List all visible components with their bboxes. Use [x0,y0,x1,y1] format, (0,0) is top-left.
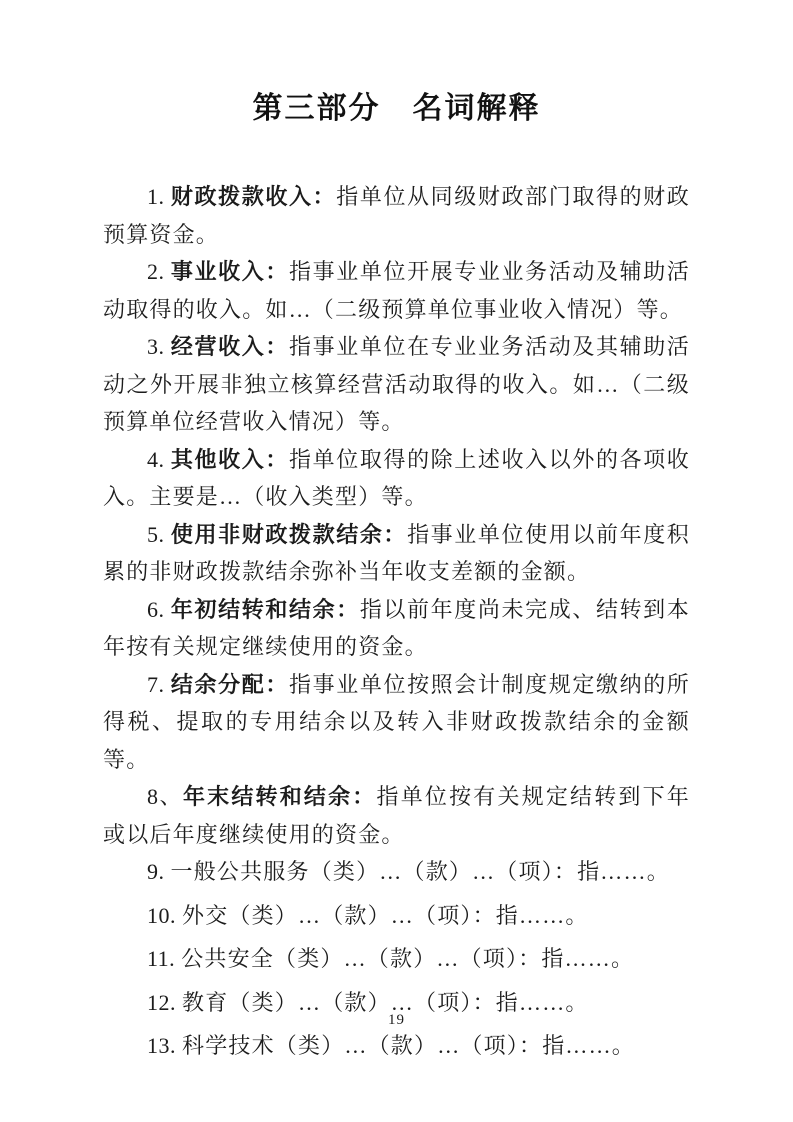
term-number: 8、 [147,784,183,809]
term-item: 3. 经营收入：指事业单位在专业业务活动及其辅助活动之外开展非独立核算经营活动取… [103,328,690,441]
term-item: 10. 外交（类）…（款）…（项）：指……。 [103,897,690,935]
term-item: 13. 科学技术（类）…（款）…（项）：指……。 [103,1027,690,1065]
term-number: 12. [147,990,182,1015]
term-item: 8、年末结转和结余：指单位按有关规定结转到下年或以后年度继续使用的资金。 [103,778,690,853]
term-number: 2. [147,259,171,284]
term-definition: 公共安全（类）…（款）…（项）：指……。 [181,946,634,971]
term-definition: 科学技术（类）…（款）…（项）：指……。 [182,1033,635,1058]
term-name: 年末结转和结余： [183,784,377,809]
term-item: 4. 其他收入：指单位取得的除上述收入以外的各项收入。主要是…（收入类型）等。 [103,441,690,516]
term-number: 11. [147,946,181,971]
term-item: 5. 使用非财政拨款结余：指事业单位使用以前年度积累的非财政拨款结余弥补当年收支… [103,516,690,591]
term-name: 其他收入： [171,447,289,472]
term-name: 结余分配： [171,672,289,697]
term-name: 经营收入： [171,334,289,359]
terms-list: 1. 财政拨款收入：指单位从同级财政部门取得的财政预算资金。 2. 事业收入：指… [103,178,690,1065]
term-item: 11. 公共安全（类）…（款）…（项）：指……。 [103,940,690,978]
term-number: 7. [147,672,171,697]
page-title: 第三部分 名词解释 [103,90,690,128]
document-page: 第三部分 名词解释 1. 财政拨款收入：指单位从同级财政部门取得的财政预算资金。… [0,0,793,1122]
term-item: 7. 结余分配：指事业单位按照会计制度规定缴纳的所得税、提取的专用结余以及转入非… [103,666,690,779]
term-number: 5. [147,522,171,547]
term-number: 13. [147,1033,182,1058]
term-name: 年初结转和结余： [171,597,360,622]
term-definition: 教育（类）…（款）…（项）：指……。 [182,990,589,1015]
term-item: 2. 事业收入：指事业单位开展专业业务活动及辅助活动取得的收入。如…（二级预算单… [103,253,690,328]
term-definition: 一般公共服务（类）…（款）…（项）：指……。 [171,859,670,884]
term-name: 事业收入： [171,259,289,284]
term-number: 3. [147,334,171,359]
term-definition: 外交（类）…（款）…（项）：指……。 [182,903,589,928]
term-number: 6. [147,597,171,622]
term-name: 使用非财政拨款结余： [171,522,407,547]
term-number: 1. [147,184,171,209]
term-number: 10. [147,903,182,928]
term-item: 1. 财政拨款收入：指单位从同级财政部门取得的财政预算资金。 [103,178,690,253]
term-number: 9. [147,859,171,884]
term-item: 6. 年初结转和结余：指以前年度尚未完成、结转到本年按有关规定继续使用的资金。 [103,591,690,666]
term-number: 4. [147,447,171,472]
page-number: 19 [0,1012,793,1029]
term-item: 9. 一般公共服务（类）…（款）…（项）：指……。 [103,853,690,891]
term-name: 财政拨款收入： [171,184,336,209]
